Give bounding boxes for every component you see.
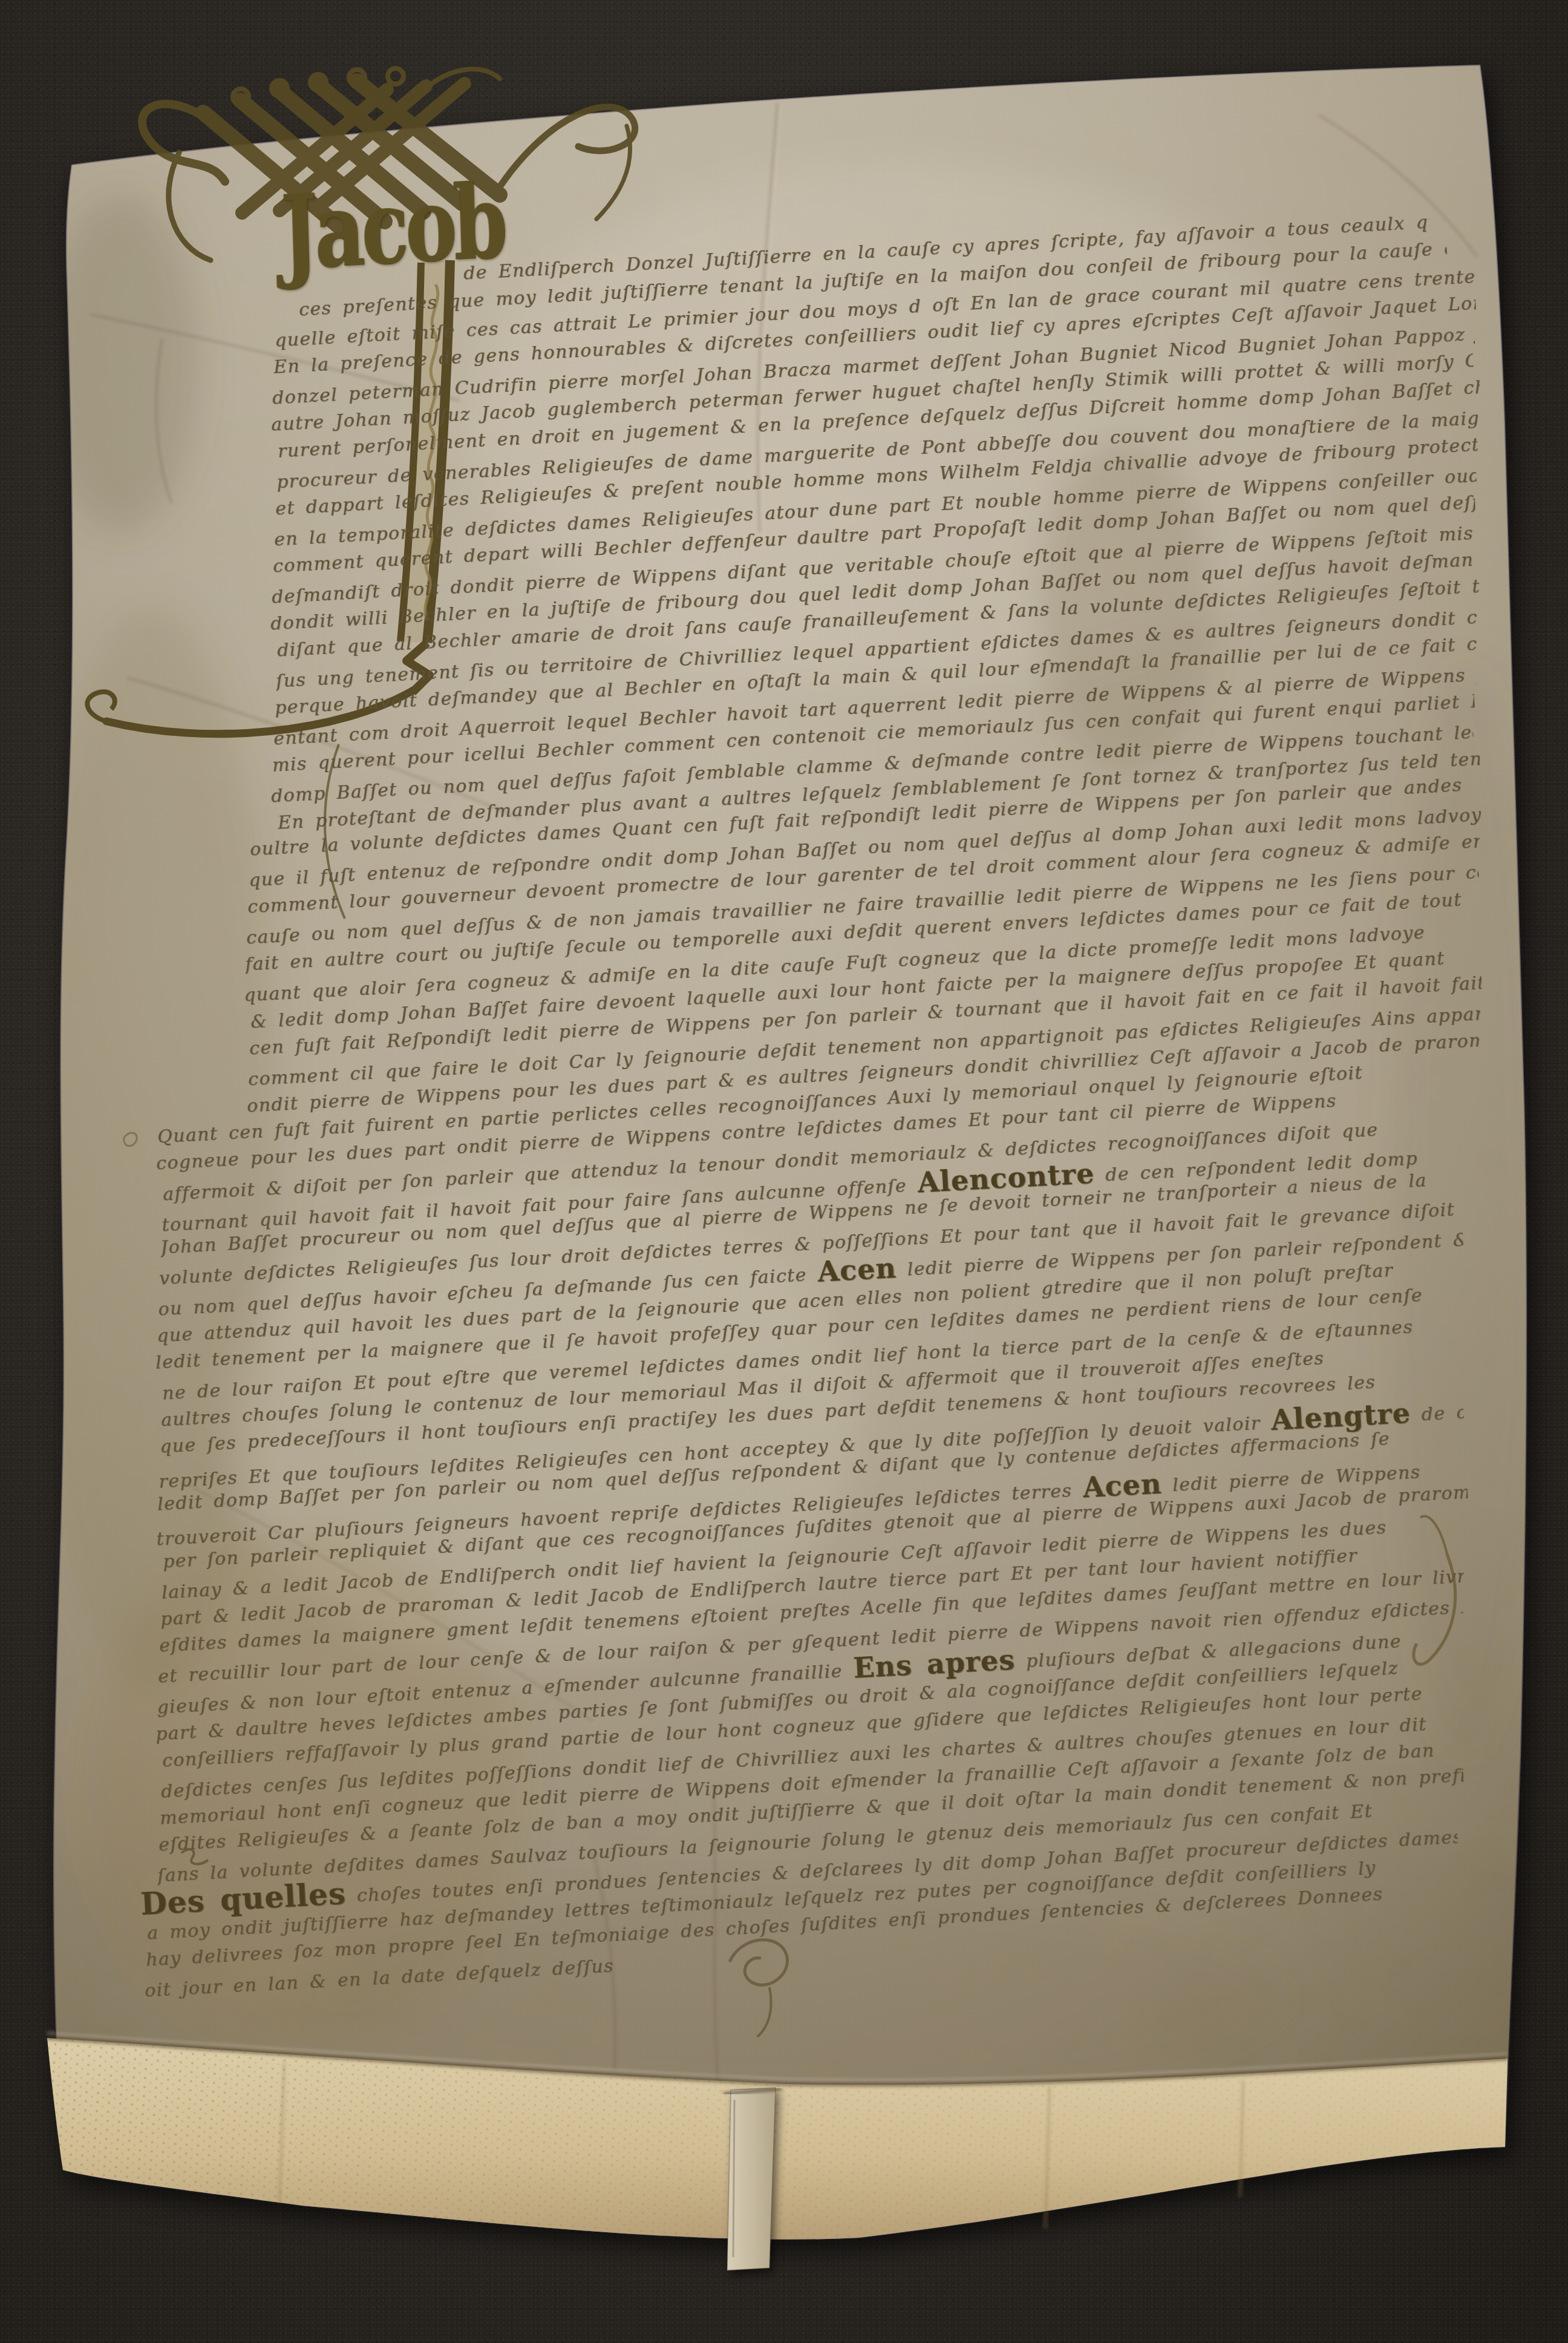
photograph-of-parchment-charter: Jacob de Endliſperch Donzel Juſtiſſierre… <box>0 0 1568 2343</box>
emphasis-word: Acen <box>817 1254 897 1286</box>
line-text: de cen <box>1410 1401 1465 1426</box>
manuscript-text-block: de Endliſperch Donzel Juſtiſſierre en la… <box>0 0 1568 2343</box>
